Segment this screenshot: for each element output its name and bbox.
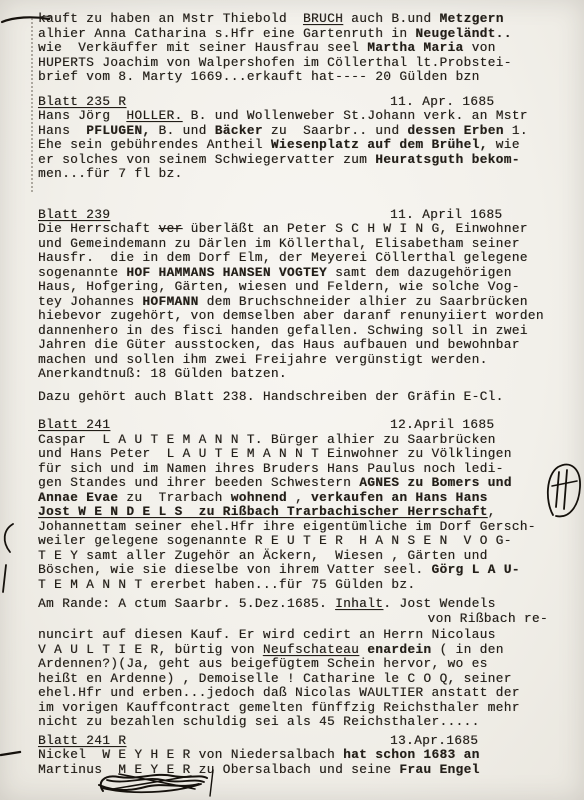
text-segment-b: Heuratsguth bekom- [375,152,520,167]
text-segment: Anerkandtnuß: 18 Gülden batzen. [38,366,287,381]
text-segment-u: HOLLER. [126,108,182,123]
text-line: von Rißbach re- [38,612,552,627]
text-segment: Dazu gehört auch Blatt 238. Handschreibe… [38,389,504,404]
text-line: V A U L T I E R, bürtig von Neufschateau… [38,643,552,658]
text-line: HUPERTS Joachim von Walpershofen im Cöll… [38,56,552,71]
text-line: dannenhero in des fisci handen gefallen.… [38,324,552,339]
text-segment: dannenhero in des fisci handen gefallen.… [38,323,528,338]
text-segment: . Jost Wendels [383,596,495,611]
text-segment-bu: Jost W E N D E L S zu Rißbach Trarbachis… [38,504,488,519]
text-segment: HUPERTS Joachim von Walpershofen im Cöll… [38,55,512,70]
text-segment-b: HOFMANN [142,294,198,309]
text-segment: von Rißbach re- [428,611,548,626]
text-segment: men...für 7 fl bz. [38,166,183,181]
text-line: alhier Anna Catharina s.Hfr eine Gartenr… [38,27,552,42]
entry-header: Blatt 24112.April 1685 [38,418,552,433]
text-line: nuncirt auf diesen Kauf. Er wird cedirt … [38,628,552,643]
text-segment: nicht zu bezahlen schuldig sei als 45 Re… [38,714,480,729]
text-segment: wie Verkäuffer mit seiner Hausfrau seel [38,40,367,55]
text-line: weiler gelegene sogenannte R E U T E R H… [38,534,552,549]
entry-blatt-239: Blatt 23911. April 1685Die Herrschaft ve… [38,208,552,382]
text-line: Martinus M E Y E R zu Obersalbach und se… [38,763,552,778]
text-line: gen Standes und ihrer beeden Schwestern … [38,476,552,491]
text-line: heißt en Ardenne) , Demoiselle ! Cathari… [38,672,552,687]
text-segment: , [488,504,496,519]
left-margin-dash-mark [0,749,22,759]
text-segment: zu Saarbr.. und [263,123,408,138]
text-segment: er solches von seinem Schwiegervatter zu… [38,152,375,167]
text-segment: nuncirt auf diesen Kauf. Er wird cedirt … [38,627,496,642]
text-line: Hausfr. die in dem Dorf Elm, der Meyerei… [38,251,552,266]
entry-blatt-241: Blatt 24112.April 1685Caspar L A U T E M… [38,418,552,592]
text-segment-b: HOF HAMMANS HANSEN VOGTEY [126,265,327,280]
text-segment: B. und [150,123,214,138]
text-line: und Gemeindemann zu Därlen im Köllerthal… [38,237,552,252]
text-line: Die Herrschaft ver überläßt an Peter S C… [38,222,552,237]
text-line: T E Y samt aller Zugehör an Äckern, Wies… [38,549,552,564]
text-segment [359,642,367,657]
text-segment: brief vom 8. Marty 1669...erkauft hat---… [38,69,480,84]
margin-note-continuation: nuncirt auf diesen Kauf. Er wird cedirt … [38,628,552,730]
text-segment: Hans [38,123,86,138]
text-line: Am Rande: A ctum Saarbr. 5.Dez.1685. Inh… [38,597,552,612]
text-segment-b: wohnend [231,490,287,505]
text-segment: hiebevor zugehört, von demselben aber da… [38,308,544,323]
text-line: machen und sollen ihm zwei Freijahre ver… [38,353,552,368]
entry-blatt-235r: Blatt 235 R11. Apr. 1685Hans Jörg HOLLER… [38,95,552,182]
text-segment: ( in den [431,642,503,657]
text-line: Caspar L A U T E M A N N T. Bürger alhie… [38,433,552,448]
text-segment-b: Bäcker [215,123,263,138]
entry-date: 11. April 1685 [390,208,502,223]
text-segment-b: Annae Evae [38,490,118,505]
text-line: Haus, Hofgering, Gärten, wiesen und Feld… [38,280,552,295]
entry-header: Blatt 23911. April 1685 [38,208,552,223]
scan-edge-artifact [31,18,33,192]
text-segment-b: Neugeländt.. [415,26,511,41]
note-blatt-238: Dazu gehört auch Blatt 238. Handschreibe… [38,390,552,405]
entry-label: Blatt 241 [38,417,110,432]
text-segment-b: hat schon 1683 an [343,747,480,762]
text-segment: wie [488,137,520,152]
text-line: kauft zu haben an Mstr Thiebold BRUCH au… [38,12,552,27]
text-line: Dazu gehört auch Blatt 238. Handschreibe… [38,390,552,405]
text-segment: zu Trarbach [118,490,230,505]
text-segment-u: Inhalt [335,596,383,611]
text-line: tey Johannes HOFMANN dem Bruchschneider … [38,295,552,310]
text-segment: von [464,40,496,55]
text-segment-u: Neufschateau [263,642,359,657]
text-line: Böschen, wie sie dieselbe von ihrem Vatt… [38,563,552,578]
text-segment: , [287,490,311,505]
text-segment: für sich und im Namen ihres Bruders Hans… [38,461,504,476]
text-line: nicht zu bezahlen schuldig sei als 45 Re… [38,715,552,730]
text-segment-b: Frau Engel [399,762,479,777]
text-line: Annae Evae zu Trarbach wohnend , verkauf… [38,491,552,506]
text-line: Ehe sein gebührendes Antheil Wiesenplatz… [38,138,552,153]
text-segment: Martinus M E Y E R zu Obersalbach und se… [38,762,399,777]
text-line: er solches von seinem Schwiegervatter zu… [38,153,552,168]
text-segment: dem Bruchschneider alhier zu Saarbrücken [199,294,528,309]
entry-label: Blatt 239 [38,207,110,222]
text-segment: kauft zu haben an Mstr Thiebold [38,11,303,26]
text-line: sogenannte HOF HAMMANS HANSEN VOGTEY sam… [38,266,552,281]
text-segment: Die Herrschaft [38,221,158,236]
text-segment: weiler gelegene sogenannte R E U T E R H… [38,533,512,548]
left-margin-tick-mark [0,564,10,594]
text-segment: und Hans Peter L A U T E M A N N T Einwo… [38,446,512,461]
text-segment: Böschen, wie sie dieselbe von ihrem Vatt… [38,562,431,577]
text-segment: überläßt an Peter S C H W I N G, Einwohn… [183,221,528,236]
text-line: wie Verkäuffer mit seiner Hausfrau seel … [38,41,552,56]
text-segment: alhier Anna Catharina s.Hfr eine Gartenr… [38,26,415,41]
text-line: für sich und im Namen ihres Bruders Hans… [38,462,552,477]
text-line: Johannettam seiner ehel.Hfr ihre eigentü… [38,520,552,535]
text-segment-b: PFLUGEN, [86,123,150,138]
text-segment: samt dem dazugehörigen [327,265,512,280]
text-line: Ardennen?)(Ja, geht aus beigefügtem Sche… [38,657,552,672]
intro-paragraph: kauft zu haben an Mstr Thiebold BRUCH au… [38,12,552,85]
entry-label: Blatt 241 R [38,733,126,748]
text-segment-b: AGNES zu Bomers und [359,475,512,490]
text-line: ehel.Hfr und erben...jedoch daß Nicolas … [38,686,552,701]
text-segment-b: Görg L A U- [431,562,519,577]
text-segment: tey Johannes [38,294,142,309]
text-line: Hans Jörg HOLLER. B. und Wollenweber St.… [38,109,552,124]
text-segment: Ehe sein gebührendes Antheil [38,137,271,152]
entry-label: Blatt 235 R [38,94,126,109]
text-segment: Caspar L A U T E M A N N T. Bürger alhie… [38,432,496,447]
text-segment-b: enardein [367,642,431,657]
text-segment-u: BRUCH [303,11,343,26]
text-segment: Ardennen?)(Ja, geht aus beigefügtem Sche… [38,656,488,671]
text-line: und Hans Peter L A U T E M A N N T Einwo… [38,447,552,462]
scanned-document-page: kauft zu haben an Mstr Thiebold BRUCH au… [0,0,584,800]
text-line: im vorigen Kauffcontract gemelten fünffz… [38,701,552,716]
margin-note: Am Rande: A ctum Saarbr. 5.Dez.1685. Inh… [38,597,552,626]
entry-date: 11. Apr. 1685 [390,95,494,110]
text-line: brief vom 8. Marty 1669...erkauft hat---… [38,70,552,85]
text-segment: T E Y samt aller Zugehör an Äckern, Wies… [38,548,488,563]
text-line: T E M A N N T ererbet haben...für 75 Gül… [38,578,552,593]
text-segment: sogenannte [38,265,126,280]
text-line: Nickel W E Y H E R von Niedersalbach hat… [38,748,552,763]
text-line: Hans PFLUGEN, B. und Bäcker zu Saarbr.. … [38,124,552,139]
text-line: hiebevor zugehört, von demselben aber da… [38,309,552,324]
text-segment-st: ver [158,221,182,236]
text-segment: Am Rande: A ctum Saarbr. 5.Dez.1685. [38,596,335,611]
text-segment: gen Standes und ihrer beeden Schwestern [38,475,359,490]
text-segment: Jahren die Güter ausstocken, das Haus au… [38,337,520,352]
entry-blatt-241r: Blatt 241 R13.Apr.1685Nickel W E Y H E R… [38,734,552,778]
text-segment: machen und sollen ihm zwei Freijahre ver… [38,352,488,367]
text-segment: auch B.und [343,11,439,26]
text-line: Anerkandtnuß: 18 Gülden batzen. [38,367,552,382]
left-margin-curve-mark [0,522,16,554]
text-line: men...für 7 fl bz. [38,167,552,182]
document-blocks: kauft zu haben an Mstr Thiebold BRUCH au… [38,12,552,777]
text-segment: Johannettam seiner ehel.Hfr ihre eigentü… [38,519,536,534]
text-segment: heißt en Ardenne) , Demoiselle ! Cathari… [38,671,512,686]
entry-header: Blatt 241 R13.Apr.1685 [38,734,552,749]
text-line: Jost W E N D E L S zu Rißbach Trarbachis… [38,505,552,520]
text-segment: ehel.Hfr und erben...jedoch daß Nicolas … [38,685,520,700]
text-line: Jahren die Güter ausstocken, das Haus au… [38,338,552,353]
text-segment: Hans Jörg [38,108,126,123]
text-segment-b: Martha Maria [367,40,463,55]
entry-date: 12.April 1685 [390,418,494,433]
text-segment-b: verkaufen an Hans Hans [311,490,488,505]
text-segment: Haus, Hofgering, Gärten, wiesen und Feld… [38,279,520,294]
text-segment: B. und Wollenweber St.Johann verk. an Ms… [183,108,528,123]
text-segment: und Gemeindemann zu Därlen im Köllerthal… [38,236,520,251]
entry-header: Blatt 235 R11. Apr. 1685 [38,95,552,110]
text-segment: Hausfr. die in dem Dorf Elm, der Meyerei… [38,250,528,265]
text-segment: Nickel W E Y H E R von Niedersalbach [38,747,343,762]
text-segment: T E M A N N T ererbet haben...für 75 Gül… [38,577,415,592]
entry-date: 13.Apr.1685 [390,734,478,749]
text-segment-b: dessen Erben [407,123,503,138]
text-segment-b: Metzgern [440,11,504,26]
text-segment: im vorigen Kauffcontract gemelten fünffz… [38,700,520,715]
text-segment: 1. [504,123,528,138]
text-segment: V A U L T I E R, bürtig von [38,642,263,657]
text-segment-b: Wiesenplatz auf dem Brühel, [271,137,488,152]
